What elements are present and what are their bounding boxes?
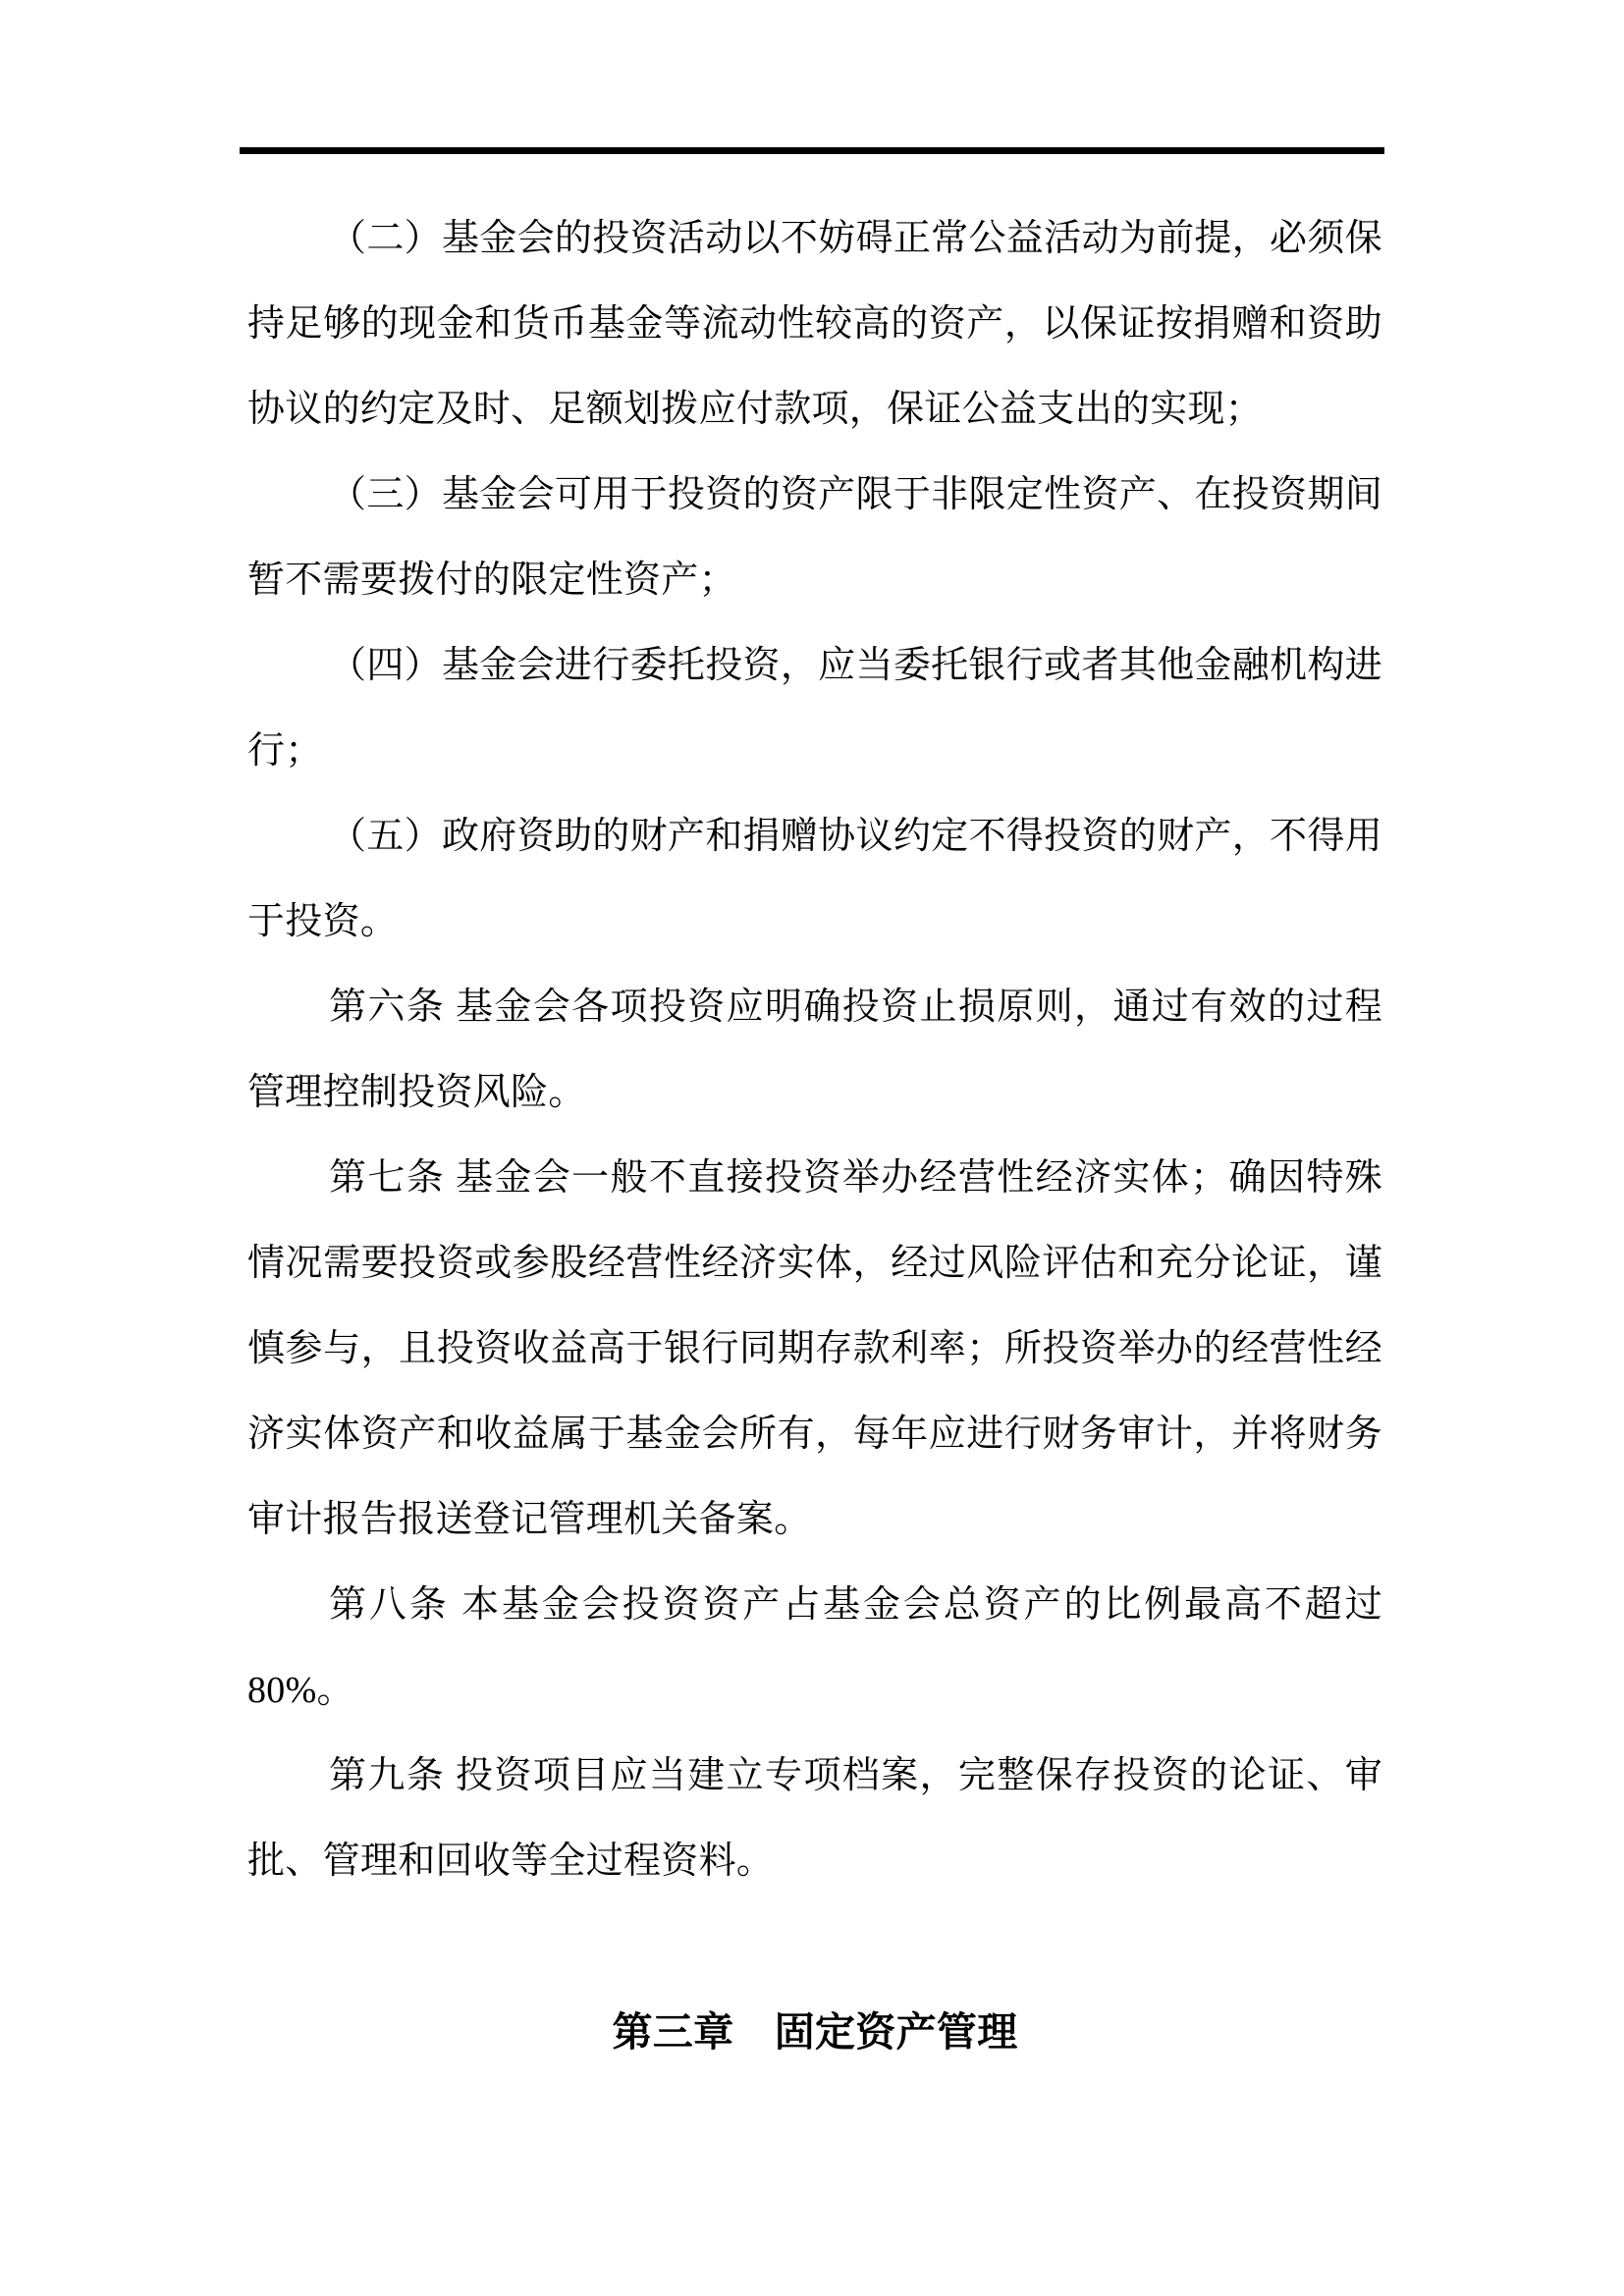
blank-line — [247, 1904, 1382, 1990]
text-line: 济实体资产和收益属于基金会所有，每年应进行财务审计，并将财务 — [247, 1392, 1382, 1477]
text-line: 第九条 投资项目应当建立专项档案，完整保存投资的论证、审 — [247, 1734, 1382, 1819]
text-line: 批、管理和回收等全过程资料。 — [247, 1819, 1382, 1904]
text-line: 管理控制投资风险。 — [247, 1050, 1382, 1136]
text-line: （三）基金会可用于投资的资产限于非限定性资产、在投资期间 — [247, 453, 1382, 538]
text-line: （五）政府资助的财产和捐赠协议约定不得投资的财产，不得用 — [247, 794, 1382, 880]
text-line: 审计报告报送登记管理机关备案。 — [247, 1477, 1382, 1563]
text-line: 第七条 基金会一般不直接投资举办经营性经济实体；确因特殊 — [247, 1136, 1382, 1221]
chapter-heading: 第三章 固定资产管理 — [247, 1990, 1382, 2075]
text-line: （四）基金会进行委托投资，应当委托银行或者其他金融机构进 — [247, 623, 1382, 709]
document-page: （二）基金会的投资活动以不妨碍正常公益活动为前提，必须保持足够的现金和货币基金等… — [0, 0, 1624, 2296]
text-line: 持足够的现金和货币基金等流动性较高的资产，以保证按捐赠和资助 — [247, 282, 1382, 367]
document-body: （二）基金会的投资活动以不妨碍正常公益活动为前提，必须保持足够的现金和货币基金等… — [247, 196, 1382, 2075]
text-line: 慎参与，且投资收益高于银行同期存款利率；所投资举办的经营性经 — [247, 1307, 1382, 1392]
text-line: 情况需要投资或参股经营性经济实体，经过风险评估和充分论证，谨 — [247, 1221, 1382, 1307]
text-line: 第六条 基金会各项投资应明确投资止损原则，通过有效的过程 — [247, 965, 1382, 1050]
header-rule — [240, 147, 1384, 154]
text-line: 于投资。 — [247, 880, 1382, 965]
text-line: 协议的约定及时、足额划拨应付款项，保证公益支出的实现； — [247, 367, 1382, 453]
text-line: 暂不需要拨付的限定性资产； — [247, 538, 1382, 623]
text-line: 行； — [247, 709, 1382, 794]
text-line: 第八条 本基金会投资资产占基金会总资产的比例最高不超过 — [247, 1563, 1382, 1648]
text-line: （二）基金会的投资活动以不妨碍正常公益活动为前提，必须保 — [247, 196, 1382, 282]
text-line: 80%。 — [247, 1648, 1382, 1734]
